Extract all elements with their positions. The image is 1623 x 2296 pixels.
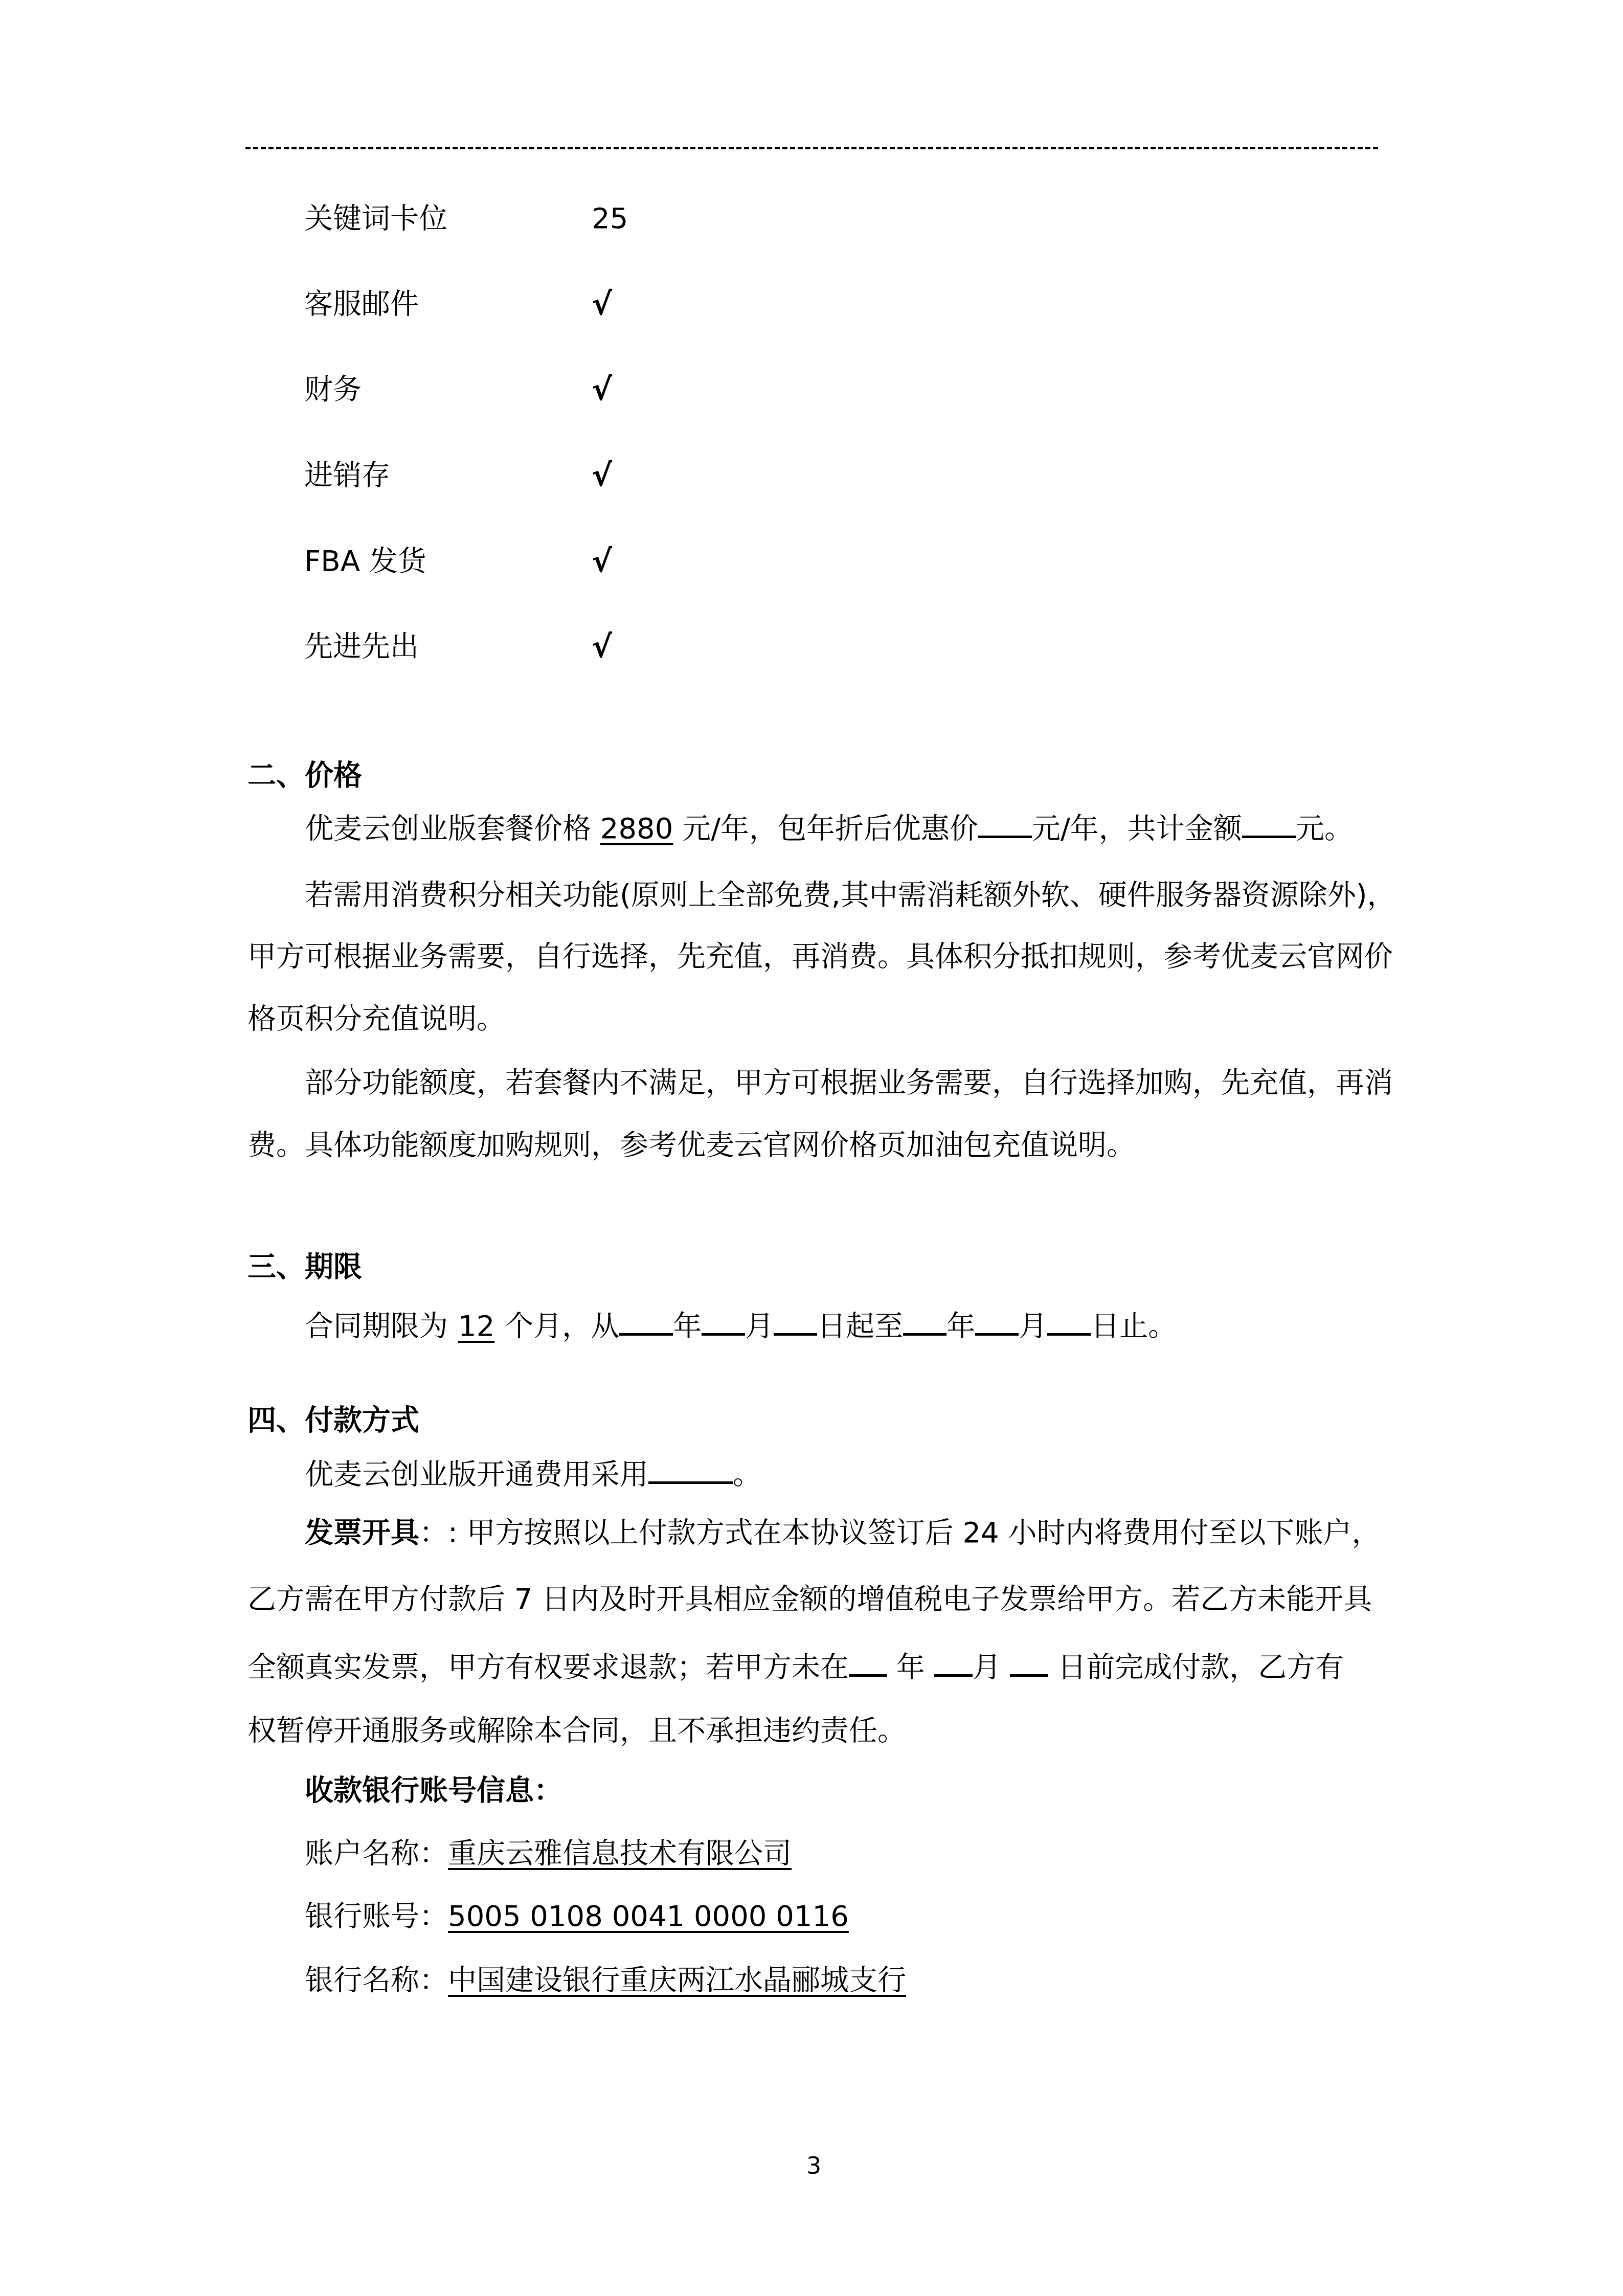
account-number-value: 5005 0108 0041 0000 0116 [448, 1900, 849, 1933]
bank-name-row: 银行名称：中国建设银行重庆两江水晶郦城支行 [305, 1963, 906, 1998]
feature-label: 财务 [304, 372, 362, 408]
check-icon: √ [592, 544, 612, 579]
account-name-row: 账户名称：重庆云雅信息技术有限公司 [305, 1836, 792, 1872]
start-day-blank[interactable] [774, 1307, 817, 1336]
start-year-blank[interactable] [619, 1307, 673, 1336]
account-number-row: 银行账号：5005 0108 0041 0000 0116 [305, 1899, 849, 1934]
feature-value: 25 [592, 201, 628, 237]
total-amount-blank[interactable] [1242, 809, 1296, 838]
points-paragraph-line: 格页积分充值说明。 [247, 1001, 1380, 1037]
end-month-blank[interactable] [975, 1307, 1019, 1336]
points-paragraph-line: 甲方可根据业务需要，自行选择，先充值，再消费。具体积分抵扣规则，参考优麦云官网价 [247, 939, 1380, 975]
term-line: 合同期限为12个月，从年月日起至年月日止。 [305, 1307, 1177, 1344]
invoice-line: 发票开具：: 甲方按照以上付款方式在本协议签订后 24 小时内将费用付至以下账户… [305, 1515, 1381, 1551]
payment-method-line: 优麦云创业版开通费用采用。 [305, 1455, 761, 1493]
feature-label: 先进先出 [304, 629, 419, 665]
page-number: 3 [806, 2148, 821, 2184]
deadline-day-blank[interactable] [1010, 1648, 1048, 1677]
document-page: 关键词卡位 25 客服邮件 √ 财务 √ 进销存 √ FBA 发货 √ 先进先出… [0, 0, 1623, 2296]
deadline-year-blank[interactable] [849, 1648, 887, 1677]
quota-paragraph-line: 费。具体功能额度加购规则，参考优麦云官网价格页加油包充值说明。 [247, 1128, 1380, 1163]
start-month-blank[interactable] [702, 1307, 745, 1336]
check-icon: √ [592, 629, 612, 665]
invoice-label: 发票开具 [305, 1516, 419, 1549]
invoice-line: 全额真实发票，甲方有权要求退款；若甲方未在 年 月 日前完成付款，乙方有 [247, 1648, 1380, 1685]
header-divider [245, 147, 1378, 149]
bank-name-label: 银行名称： [305, 1964, 448, 1997]
feature-label: 进销存 [304, 458, 390, 493]
check-icon: √ [592, 458, 612, 493]
account-number-label: 银行账号： [305, 1900, 448, 1933]
term-months: 12 [448, 1310, 505, 1343]
invoice-line: 权暂停开通服务或解除本合同，且不承担违约责任。 [247, 1713, 1380, 1749]
end-day-blank[interactable] [1047, 1307, 1091, 1336]
bank-info-heading: 收款银行账号信息： [305, 1773, 562, 1809]
feature-label: 客服邮件 [304, 286, 419, 322]
end-year-blank[interactable] [903, 1307, 946, 1336]
check-icon: √ [592, 286, 612, 322]
account-name-value: 重庆云雅信息技术有限公司 [448, 1837, 792, 1870]
section-heading-payment: 四、付款方式 [247, 1403, 419, 1438]
points-paragraph-line: 若需用消费积分相关功能(原则上全部免费,其中需消耗额外软、硬件服务器资源除外)， [305, 877, 1396, 913]
bank-name-value: 中国建设银行重庆两江水晶郦城支行 [448, 1964, 906, 1997]
section-heading-price: 二、价格 [247, 758, 362, 794]
section-heading-term: 三、期限 [247, 1249, 362, 1285]
deadline-month-blank[interactable] [934, 1648, 973, 1677]
quota-paragraph-line: 部分功能额度，若套餐内不满足，甲方可根据业务需要，自行选择加购，先充值，再消 [305, 1065, 1393, 1101]
feature-label: 关键词卡位 [304, 201, 447, 237]
account-name-label: 账户名称： [305, 1837, 448, 1870]
check-icon: √ [592, 372, 612, 408]
package-price: 2880 [600, 812, 673, 845]
invoice-line: 乙方需在甲方付款后 7 日内及时开具相应金额的增值税电子发票给甲方。若乙方未能开… [247, 1582, 1380, 1617]
discount-price-blank[interactable] [978, 809, 1032, 838]
price-line: 优麦云创业版套餐价格 2880 元/年，包年折后优惠价元/年，共计金额元。 [305, 809, 1353, 847]
payment-method-blank[interactable] [648, 1455, 733, 1484]
feature-label: FBA 发货 [304, 544, 426, 579]
